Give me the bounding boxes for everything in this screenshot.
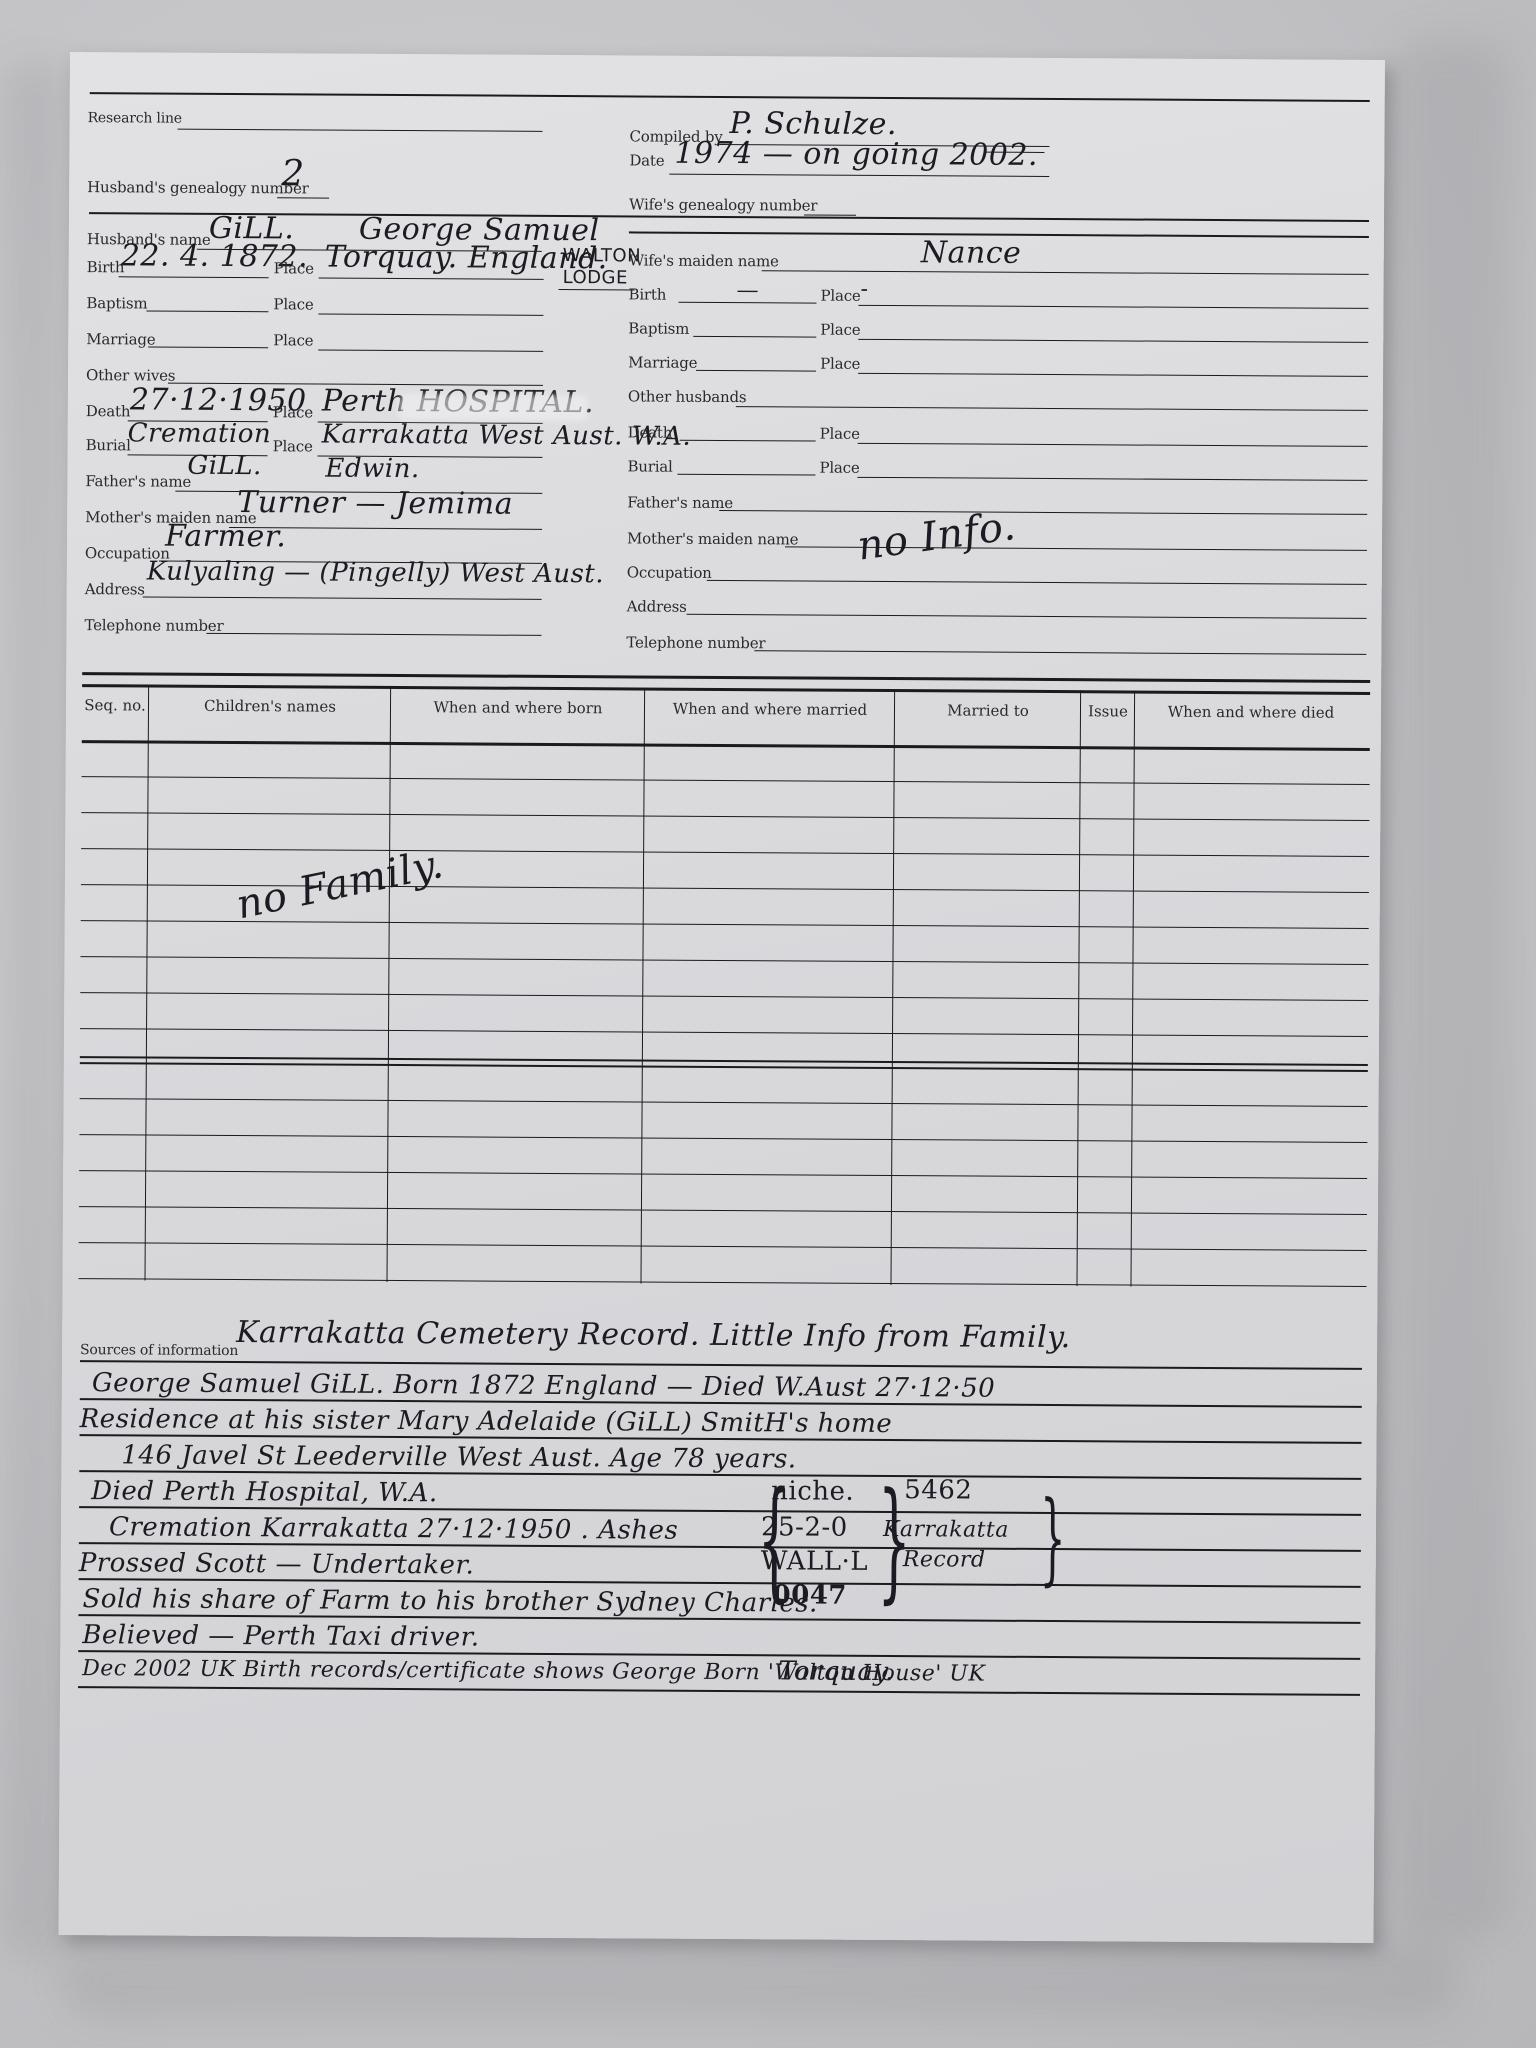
wife-maiden-name-value: Nance [921, 235, 1022, 271]
husband-baptism-place-label: Place [273, 295, 313, 313]
husband-birth-place-field[interactable] [319, 278, 544, 280]
husband-burial-label: Burial [86, 436, 131, 454]
notes-line: George Samuel GiLL. Born 1872 England — … [92, 1368, 996, 1404]
table-row-rule [82, 684, 1370, 695]
research-line-label: Research line [88, 110, 182, 127]
brace-record-icon: } [1040, 1488, 1066, 1588]
wife-burial-label: Burial [627, 457, 672, 475]
genealogy-family-group-sheet: Research line Compiled by P. Schulze. Da… [58, 52, 1384, 1943]
notes-line: Believed — Perth Taxi driver. [82, 1620, 479, 1652]
date-value: 1974 — on going 2002. [674, 136, 1038, 173]
notes-final-line: Torquay. [778, 1656, 894, 1687]
husband-birth-place-label: Place [274, 259, 314, 277]
notes-line: Residence at his sister Mary Adelaide (G… [80, 1404, 893, 1439]
section-divider [82, 672, 1370, 683]
table-row[interactable] [80, 1057, 1368, 1105]
notes-rule [78, 1686, 1360, 1696]
notes-line: 146 Javel St Leederville West Aust. Age … [121, 1440, 796, 1474]
wife-marriage-place-label: Place [820, 355, 860, 373]
column-header-died: When and where died [1136, 703, 1366, 722]
wife-birth-place: - [860, 277, 868, 302]
wife-death-field[interactable] [680, 440, 816, 442]
notes-line: Died Perth Hospital, W.A. [91, 1476, 438, 1508]
husband-genealogy-label: Husband's genealogy number [87, 178, 309, 197]
notes-line: Prossed Scott — Undertaker. [79, 1548, 475, 1580]
husband-telephone-field[interactable] [206, 633, 541, 636]
wife-baptism-field[interactable] [693, 336, 816, 338]
wife-birth-value: — [736, 278, 759, 303]
wife-section: Wife's maiden name Nance Birth — Place -… [70, 52, 1385, 60]
wife-burial-place-field[interactable] [857, 477, 1367, 481]
wife-death-place-label: Place [820, 425, 860, 443]
record-2: Record [903, 1547, 986, 1573]
brace-left-icon: { [757, 1474, 791, 1604]
husband-birth-label: Birth [87, 258, 125, 276]
husband-address-label: Address [85, 580, 145, 598]
husband-telephone-label: Telephone number [84, 616, 223, 635]
brace-right-icon: } [877, 1475, 911, 1605]
wife-father-label: Father's name [627, 493, 733, 512]
wife-birth-place-label: Place [820, 287, 860, 305]
husband-father-surname: GiLL. [187, 451, 262, 481]
husband-baptism-place-field[interactable] [318, 314, 543, 316]
wife-marriage-field[interactable] [696, 370, 816, 372]
date-field[interactable] [669, 174, 1049, 177]
wife-mother-label: Mother's maiden name [627, 529, 798, 548]
correction-fluid-smudge [398, 394, 588, 421]
column-header-born: When and where born [392, 698, 644, 718]
husband-burial-value: Cremation [128, 418, 272, 449]
husband-marriage-place-label: Place [273, 331, 313, 349]
notes-line: Cremation Karrakatta 27·12·1950 . Ashes [109, 1512, 709, 1546]
wife-birth-label: Birth [628, 285, 666, 303]
wife-marriage-place-field[interactable] [858, 373, 1368, 377]
husband-baptism-field[interactable] [146, 310, 268, 312]
husband-address-value: Kulyaling — (Pingelly) West Aust. [147, 556, 604, 589]
wife-maiden-name-label: Wife's maiden name [629, 251, 779, 270]
husband-father-given: Edwin. [325, 454, 419, 485]
wife-maiden-name-field[interactable] [762, 270, 1369, 275]
notes-line: Sold his share of Farm to his brother Sy… [82, 1584, 818, 1618]
wife-address-label: Address [627, 597, 687, 615]
column-header-children-names: Children's names [150, 697, 390, 716]
husband-marriage-label: Marriage [86, 330, 155, 348]
wife-death-label: Death [628, 423, 673, 441]
wife-burial-place-label: Place [819, 459, 859, 477]
husband-birth-field[interactable] [119, 276, 269, 278]
wife-baptism-label: Baptism [628, 319, 689, 337]
column-header-seq-no: Seq. no. [82, 696, 148, 714]
wife-marriage-label: Marriage [628, 353, 697, 371]
wife-birth-field[interactable] [678, 302, 816, 304]
wife-baptism-place-field[interactable] [858, 339, 1368, 343]
husband-burial-place-label: Place [273, 437, 313, 455]
husband-death-label: Death [86, 402, 131, 420]
notes-section: George Samuel GiLL. Born 1872 England — … [70, 52, 1385, 60]
wife-telephone-label: Telephone number [626, 633, 765, 652]
wife-other-husbands-label: Other husbands [628, 387, 747, 406]
column-header-issue: Issue [1082, 702, 1134, 720]
research-line-field[interactable] [178, 129, 543, 132]
wife-occupation-field[interactable] [707, 580, 1367, 585]
husband-death-place-label: Place [273, 403, 313, 421]
wife-father-field[interactable] [719, 510, 1367, 515]
wife-death-place-field[interactable] [858, 443, 1368, 447]
husband-occupation-value: Farmer. [165, 519, 287, 555]
column-header-married: When and where married [646, 700, 894, 720]
birth-note-underline [559, 289, 635, 290]
husband-genealogy-field[interactable] [277, 197, 329, 198]
wife-genealogy-label: Wife's genealogy number [629, 195, 817, 214]
record-0: 5462 [904, 1475, 972, 1505]
wife-burial-field[interactable] [677, 474, 815, 476]
wife-occupation-label: Occupation [627, 563, 712, 582]
sources-label: Sources of information [80, 1342, 238, 1359]
husband-address-field[interactable] [143, 596, 542, 599]
sources-value: Karrakatta Cemetery Record. Little Info … [236, 1315, 1071, 1355]
husband-marriage-field[interactable] [148, 346, 268, 348]
wife-telephone-field[interactable] [754, 650, 1366, 655]
wife-address-field[interactable] [687, 614, 1367, 619]
husband-marriage-place-field[interactable] [318, 350, 543, 352]
column-header-married-to: Married to [896, 701, 1080, 720]
wife-other-husbands-field[interactable] [736, 406, 1368, 411]
date-label: Date [629, 151, 664, 169]
husband-genealogy-value: 2 [281, 153, 305, 194]
header-top-rule [90, 92, 1370, 102]
husband-father-label: Father's name [85, 472, 191, 491]
wife-birth-place-field[interactable] [858, 305, 1368, 309]
children-table: Seq. no. Children's names When and where… [70, 52, 1385, 60]
husband-mother-value: Turner — Jemima [237, 485, 513, 522]
wife-baptism-place-label: Place [820, 321, 860, 339]
wife-no-info-note: no Info. [855, 503, 1019, 570]
husband-baptism-label: Baptism [86, 294, 147, 312]
husband-section: Husband's name GiLL. George Samuel Birth… [70, 52, 1385, 60]
